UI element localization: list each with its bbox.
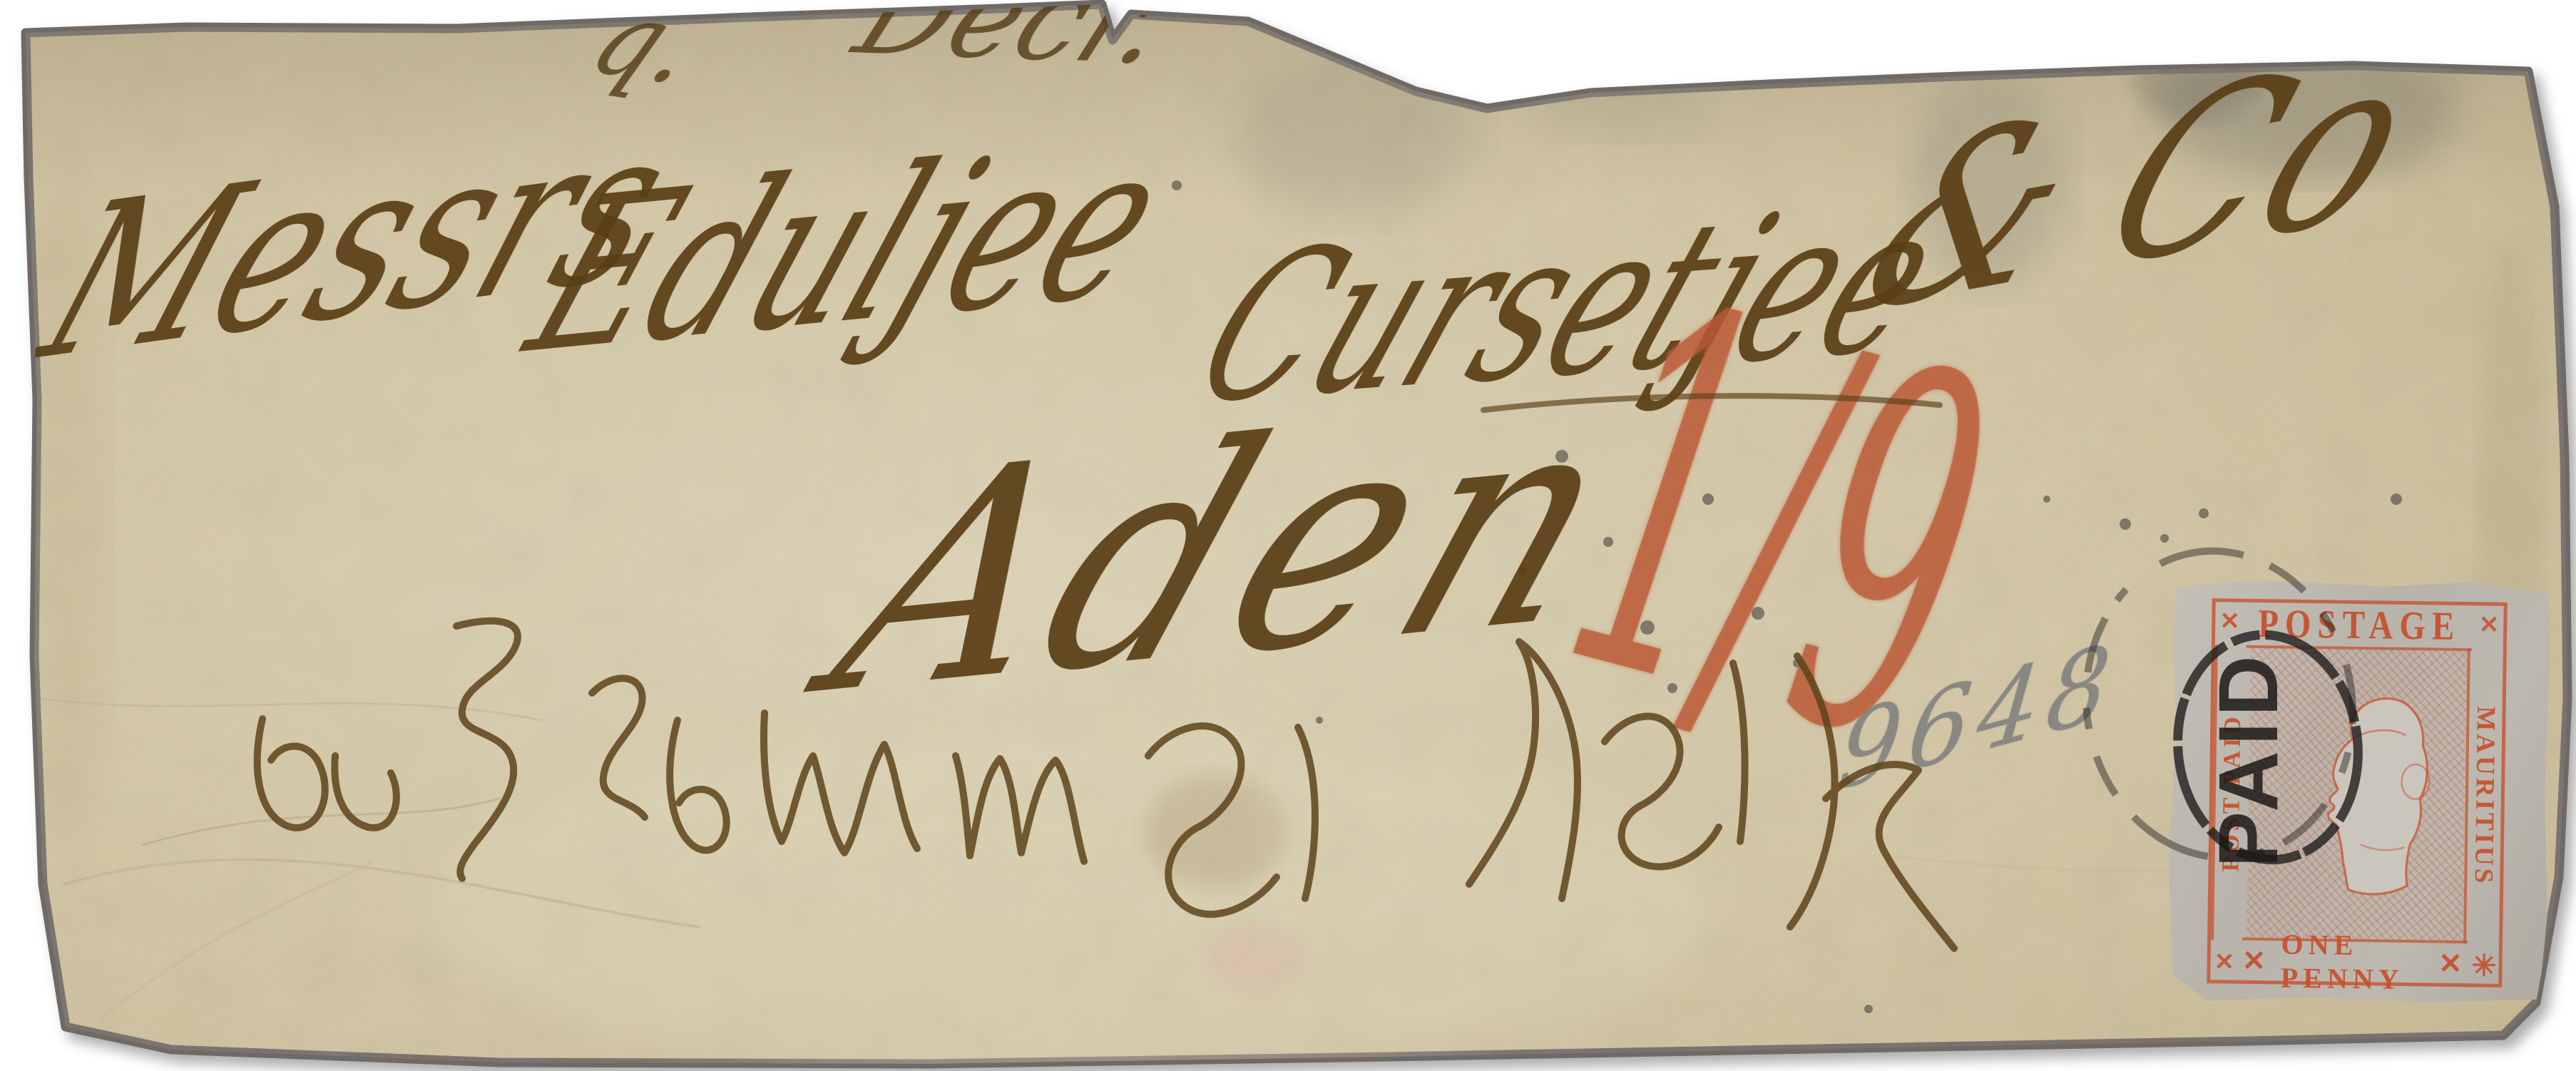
stamp-label-mauritius: MAURITIUS [2463,648,2503,944]
ornament-cross-icon: ✕ [2219,609,2240,633]
ink-layer: q. Decr. Messrs Eduljee Cursetjee & Co A… [0,0,2576,1071]
stamp-label-one-penny: ✕ ONE PENNY ✕ [2242,938,2468,983]
ornament-cross-icon: ✕ [2438,946,2468,980]
address-destination: Aden [806,367,1660,737]
stamp-mauritius-one-penny: POSTAGE POST PAID MAURITIUS ✕ ONE PENNY … [2165,576,2553,1006]
ornament-cross-icon: ✕ [2479,613,2500,637]
stamp-frame: POSTAGE POST PAID MAURITIUS ✕ ONE PENNY … [2207,598,2507,988]
ornament-cross-icon: ✕ [2242,943,2271,978]
ornament-cross-icon: ✕ [2214,950,2234,974]
scan-canvas: q. Decr. Messrs Eduljee Cursetjee & Co A… [0,0,2576,1071]
queen-victoria-profile [2273,654,2450,928]
stamp-vignette [2247,648,2468,941]
address-name-first: Eduljee [507,114,1189,384]
stamp-label-post-paid: POST PAID [2211,645,2251,941]
stamp-label-postage: POSTAGE [2247,603,2473,651]
ornament-star-icon: ✳ [2471,950,2497,980]
